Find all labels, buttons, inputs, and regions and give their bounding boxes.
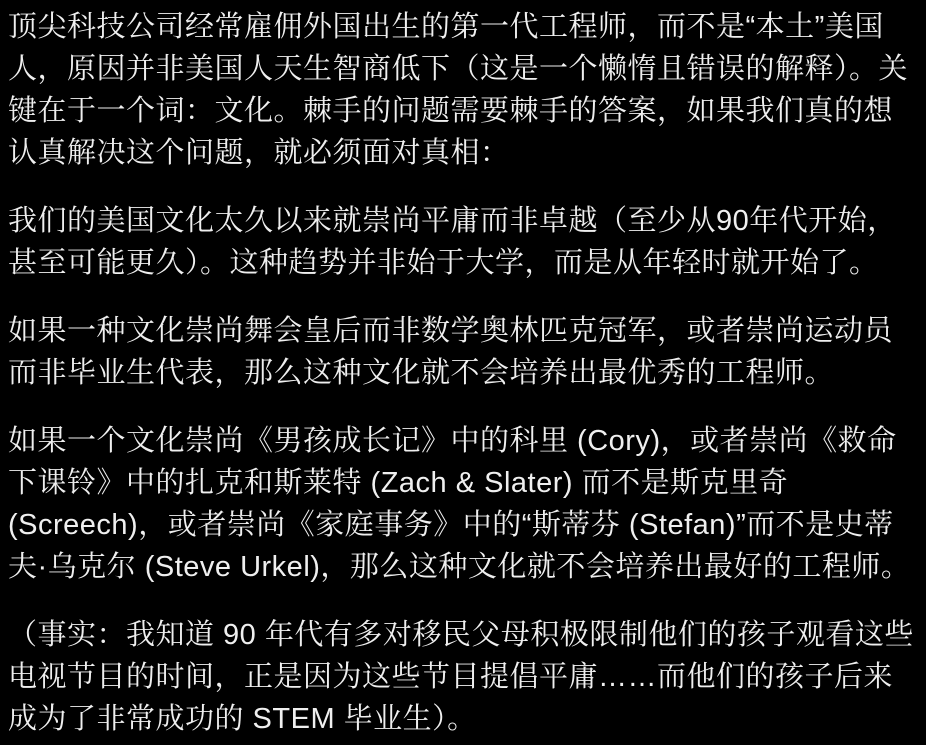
paragraph-2: 我们的美国文化太久以来就崇尚平庸而非卓越（至少从90年代开始，甚至可能更久）。这… bbox=[8, 200, 918, 284]
paragraph-3: 如果一种文化崇尚舞会皇后而非数学奥林匹克冠军，或者崇尚运动员而非毕业生代表，那么… bbox=[8, 310, 918, 394]
article-body: 顶尖科技公司经常雇佣外国出生的第一代工程师，而不是“本土”美国人，原因并非美国人… bbox=[0, 0, 926, 745]
paragraph-5: （事实：我知道 90 年代有多对移民父母积极限制他们的孩子观看这些电视节目的时间… bbox=[8, 614, 918, 740]
paragraph-4: 如果一个文化崇尚《男孩成长记》中的科里 (Cory)，或者崇尚《救命下课铃》中的… bbox=[8, 420, 918, 588]
paragraph-1: 顶尖科技公司经常雇佣外国出生的第一代工程师，而不是“本土”美国人，原因并非美国人… bbox=[8, 6, 918, 174]
